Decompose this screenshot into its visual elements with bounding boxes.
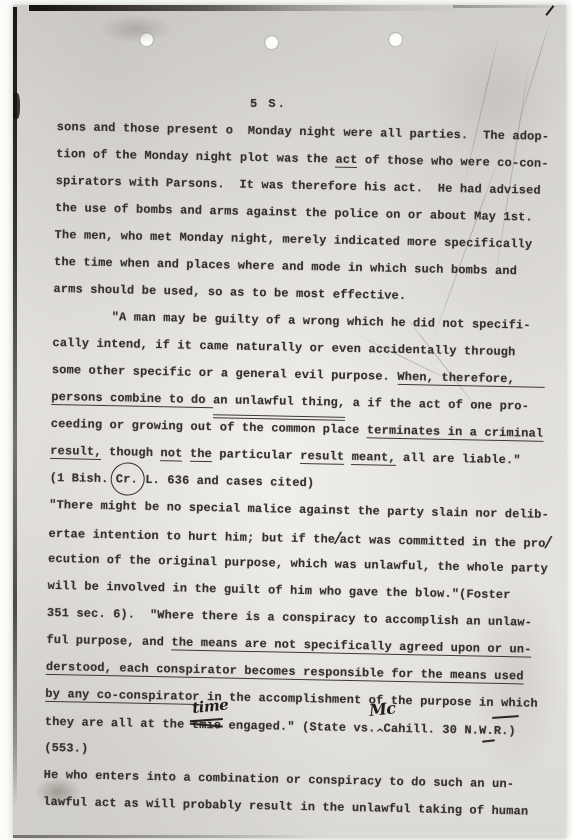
text-segment: tion of the Monday night plot was the <box>56 147 336 167</box>
text-segment: terminates in a criminal <box>367 423 544 442</box>
text-segment: the use of bombs and arms against the po… <box>55 201 533 225</box>
text-segment: the means are not specifically agreed up… <box>171 635 531 657</box>
text-segment: meant, <box>351 450 395 466</box>
text-segment: ecution of the original purpose, which w… <box>48 552 548 576</box>
paper-stain <box>98 15 173 43</box>
text-segment: derstood, each conspirator becomes respo… <box>46 660 524 685</box>
paper-page: 5 S. sons and those present o Monday nig… <box>13 5 566 838</box>
text-segment: act was committed in the pro <box>340 533 546 551</box>
text-segment: act <box>335 153 357 168</box>
text-segment: they are all at the <box>45 715 192 732</box>
text-segment: by any co-conspirator <box>45 687 200 705</box>
torn-top-edge <box>29 5 461 11</box>
text-segment: (1 Bish. <box>50 471 116 486</box>
text-segment <box>515 372 545 388</box>
text-segment: engaged." (State vs. <box>221 718 376 735</box>
text-segment: result, <box>50 444 102 460</box>
text-segment: tmie <box>192 712 222 740</box>
text-segment: Cr. <box>116 466 139 493</box>
paragraph: He who enters into a combination or cons… <box>43 762 566 826</box>
text-segment: The men, who met Monday night, merely in… <box>54 228 532 252</box>
text-segment: sons and those present o Monday night we… <box>57 120 550 144</box>
handwritten-annotation: timetmie <box>192 712 222 740</box>
text-segment: a if the act of one pro- <box>345 396 529 414</box>
punch-hole <box>389 33 402 46</box>
text-segment: will be involved in the guilt of him who… <box>47 579 510 602</box>
torn-left-edge-nub <box>13 93 20 119</box>
text-segment: though <box>102 445 161 460</box>
handwritten-annotation: Mc^ <box>375 715 384 743</box>
text-segment: ertae intention to hurt him; but if the <box>48 527 335 547</box>
text-segment: particular <box>212 447 300 463</box>
page-number: 5 S. <box>250 97 287 111</box>
text-segment: "A man may be guilty of a wrong which he… <box>53 309 531 333</box>
paragraph: "A man may be guilty of a wrong which he… <box>49 303 572 502</box>
text-segment: When, therefore, <box>397 370 515 387</box>
text-segment: persons combine to do <box>51 390 213 408</box>
text-segment: an unlawful thing, <box>213 387 346 418</box>
torn-top-edge-right <box>453 5 563 8</box>
scanned-document-image: { "document": { "header": "5 S.", "parag… <box>0 0 572 840</box>
caret-mark: ^ <box>375 720 384 747</box>
paragraph: "There might be no special malice agains… <box>44 492 571 772</box>
text-segment: arms should be used, so as to be most ef… <box>53 282 406 303</box>
text-segment: 351 sec. 6). "Where there is a conspirac… <box>47 606 532 630</box>
torn-left-edge <box>13 7 17 807</box>
text-segment: ful purpose, and <box>46 633 171 650</box>
text-segment: some other specific or a general evil pu… <box>52 363 398 384</box>
handwritten-text: Mc <box>368 701 396 718</box>
bottom-edge-shadow <box>13 835 317 838</box>
text-segment: spirators with Parsons. It was therefore… <box>56 174 541 198</box>
text-segment: not <box>160 446 182 461</box>
text-segment: He who enters into a combination or cons… <box>44 768 515 791</box>
text-segment <box>182 447 190 461</box>
punch-hole <box>265 36 278 49</box>
text-segment: the time when and places where and mode … <box>54 255 517 278</box>
text-segment: "There might be no special malice agains… <box>49 498 549 522</box>
text-segment: (553.) <box>44 741 88 756</box>
document-body: sons and those present o Monday night we… <box>43 114 572 826</box>
text-segment: of those who were co-con- <box>357 153 548 171</box>
pen-mark: / <box>545 533 550 551</box>
text-segment: Cahill. 30 N.W.R.) <box>383 722 516 739</box>
text-segment: all are liable." <box>396 451 521 468</box>
text-segment: lawful act as will probably result in th… <box>43 795 528 819</box>
text-segment: result <box>300 449 344 465</box>
paragraph: sons and those present o Monday night we… <box>53 114 572 313</box>
text-segment: the <box>190 447 212 462</box>
text-segment: L. 636 and cases cited) <box>138 473 315 491</box>
text-segment: cally intend, if it came naturally or ev… <box>52 336 515 359</box>
